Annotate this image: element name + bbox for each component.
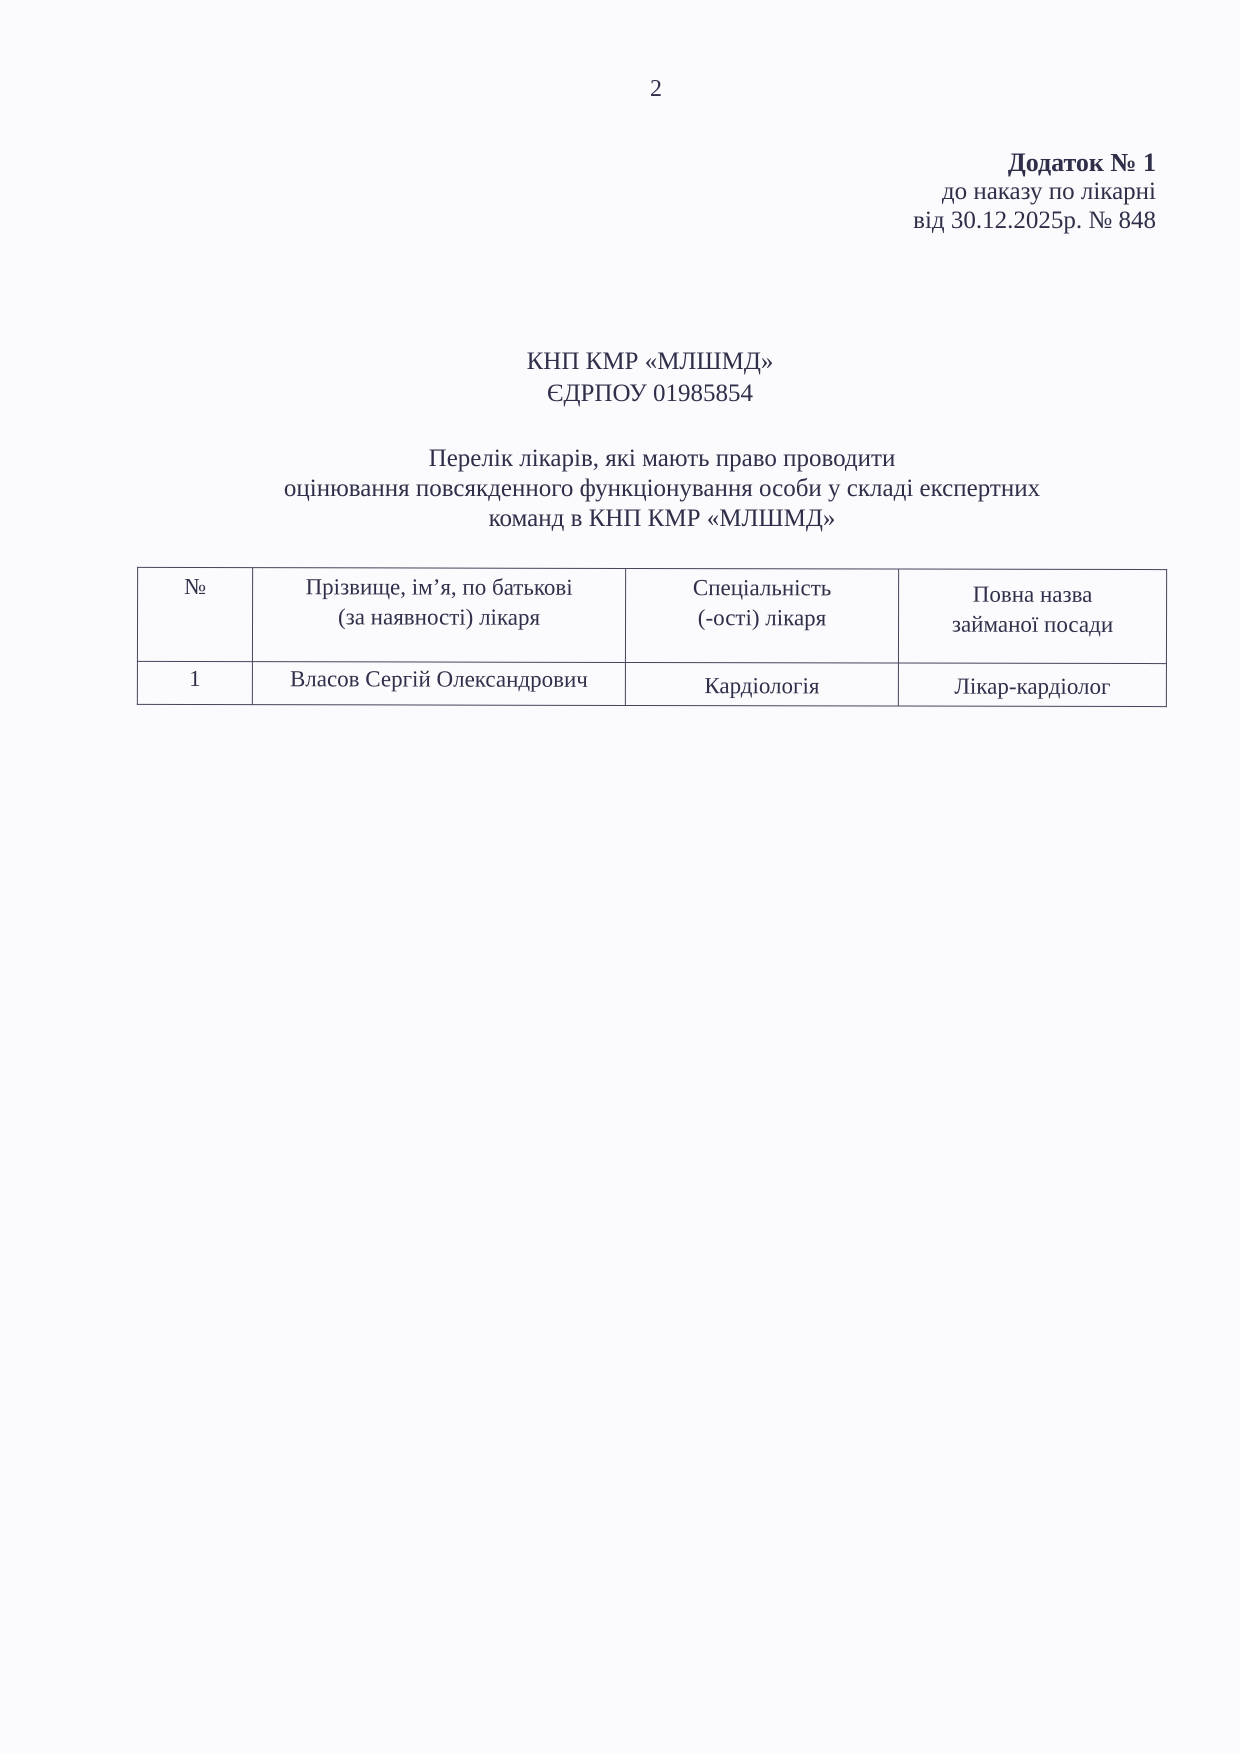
organization-edrpou: ЄДРПОУ 01985854 bbox=[60, 378, 1240, 410]
page-number: 2 bbox=[650, 76, 662, 103]
document-page: 2 Додаток № 1 до наказу по лікарні від 3… bbox=[0, 0, 1240, 1754]
appendix-header: Додаток № 1 до наказу по лікарні від 30.… bbox=[913, 148, 1156, 235]
appendix-order-date: від 30.12.2025р. № 848 bbox=[913, 206, 1156, 235]
list-title-line-1: Перелік лікарів, які мають право проводи… bbox=[84, 444, 1240, 474]
cell-number: 1 bbox=[137, 661, 252, 704]
table-row: 1 Власов Сергій Олександрович Кардіологі… bbox=[137, 661, 1166, 706]
cell-full-name: Власов Сергій Олександрович bbox=[252, 662, 625, 706]
table-header-row: № Прізвище, ім’я, по батькові (за наявно… bbox=[137, 567, 1166, 663]
header-specialty: Спеціальність (-ості) лікаря bbox=[625, 568, 898, 663]
appendix-order-ref: до наказу по лікарні bbox=[913, 177, 1156, 206]
doctors-table: № Прізвище, ім’я, по батькові (за наявно… bbox=[137, 567, 1167, 707]
cell-specialty: Кардіологія bbox=[625, 662, 898, 706]
header-position: Повна назва займаної посади bbox=[898, 569, 1166, 664]
appendix-title: Додаток № 1 bbox=[913, 148, 1156, 177]
organization-block: КНП КМР «МЛШМД» ЄДРПОУ 01985854 bbox=[0, 346, 1240, 410]
header-number: № bbox=[137, 567, 252, 661]
list-title: Перелік лікарів, які мають право проводи… bbox=[0, 444, 1240, 534]
organization-name: КНП КМР «МЛШМД» bbox=[60, 346, 1240, 378]
header-full-name: Прізвище, ім’я, по батькові (за наявност… bbox=[252, 568, 625, 663]
cell-position: Лікар-кардіолог bbox=[898, 663, 1166, 707]
list-title-line-3: команд в КНП КМР «МЛШМД» bbox=[84, 504, 1240, 534]
list-title-line-2: оцінювання повсякденного функціонування … bbox=[84, 474, 1240, 504]
